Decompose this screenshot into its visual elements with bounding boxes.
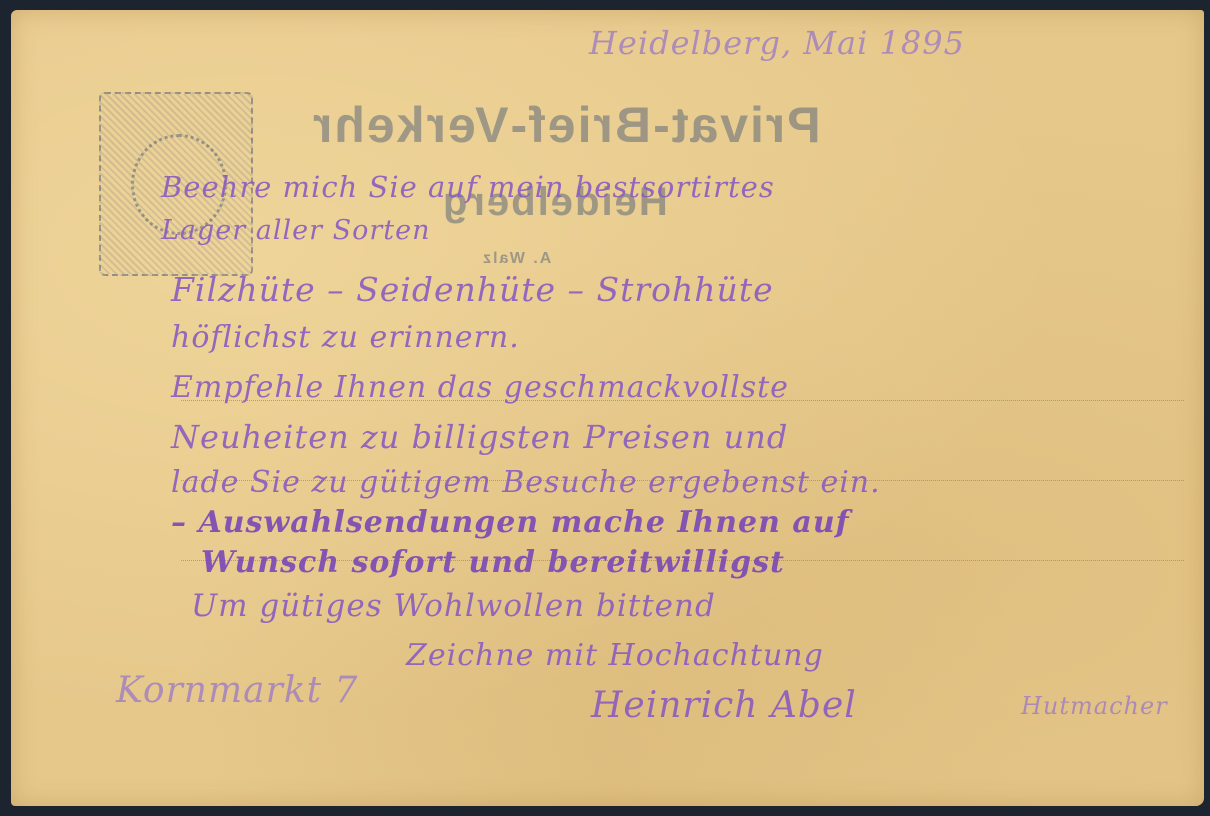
place-date: Heidelberg, Mai 1895 — [589, 24, 965, 62]
printed-small-text: A. Walz — [481, 250, 551, 268]
message-line: Um gütiges Wohlwollen bittend — [191, 588, 716, 624]
message-line: höflichst zu erinnern. — [171, 320, 520, 355]
signature: Heinrich Abel — [591, 685, 857, 726]
closing-line: Zeichne mit Hochachtung — [406, 638, 824, 673]
message-line: Lager aller Sorten — [161, 215, 431, 246]
message-line: Neuheiten zu billigsten Preisen und — [171, 418, 788, 456]
occupation: Hutmacher — [1021, 692, 1168, 720]
sender-address: Kornmarkt 7 — [116, 670, 358, 711]
message-line: lade Sie zu gütigem Besuche ergebenst ei… — [171, 465, 881, 500]
message-line: Beehre mich Sie auf mein bestsortirtes — [161, 170, 775, 204]
postcard: Privat-Brief-Verkehr Heidelberg A. Walz … — [11, 10, 1204, 806]
printed-title: Privat-Brief-Verkehr — [311, 96, 821, 154]
message-line: – Auswahlsendungen mache Ihnen auf — [171, 505, 850, 540]
message-line: Empfehle Ihnen das geschmackvollste — [171, 370, 789, 405]
message-line: Wunsch sofort und bereitwilligst — [201, 545, 785, 580]
message-line: Filzhüte – Seidenhüte – Strohhüte — [171, 270, 774, 309]
